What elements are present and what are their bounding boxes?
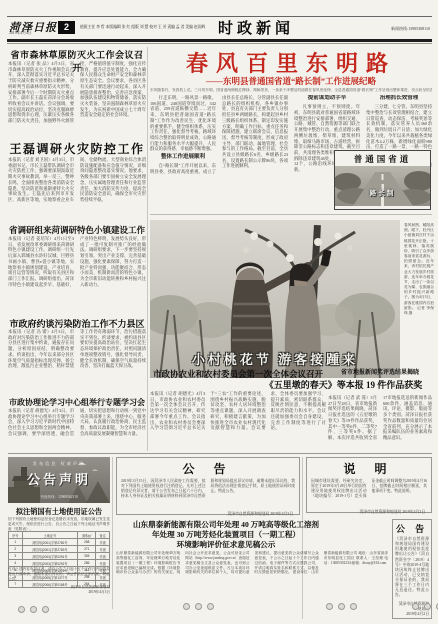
cell: 3 [9,553,23,560]
article-title-news-award: 《五里墩的春天》等本报 19 件作品获奖 [255,378,432,391]
cell: 作废 [96,539,110,546]
col-header: 序号 [9,532,23,539]
page-number-badge: 2 [58,21,75,34]
header-thick-rule [7,39,432,42]
col-header: 备注 [96,532,110,539]
award-kicker: 省市地报新闻奖评选结果揭晓 [328,367,432,376]
newspaper-page: 菏泽日报 2019年4月4日 2 值班主任 李 哲 本版编辑 张 红 组版 刘 … [0,0,438,624]
photo-caption-overlay: 小村桃花节 游客接踵来 [150,349,400,368]
section-title: 时政新闻 [196,17,316,38]
news-hotline: 新闻热线:13905308110 [322,26,430,32]
notice-title: 公 告 [393,520,431,536]
land-notice-signature: 菏泽市自然资源和规划局 2019年4月3日 [8,585,110,595]
lead-paragraph: 行走东明，一路风景一路歌。106国道、240国道穿境而过，342省道、259省道… [150,95,216,152]
cell: 菏国用(2001)字第2782号 [22,539,78,546]
table-row: 1菏国用(2001)字第2782号268作废 [9,539,110,546]
article-body: 本报讯（记者 胡德光）4月3日，市政协农业和农村委员会第一次全体会议召开，传达学… [150,391,326,452]
cell: 1 [9,539,23,546]
article-body: 本报讯（记者 张 品）4月3日，省市森林草原防灭火工作视频会议召开，深入贯彻落实… [8,61,146,136]
article-body: 本报讯（记者 冯 锴）4月3日，市政府对污染防治工作推进不力的部分县区进行集中约… [8,329,146,391]
cell: 菏国用(2003)字第0291号 [22,553,78,560]
cell: 菏国用(2003)字第0292号 [22,560,78,567]
banner-title: 公告声明 [8,469,110,488]
page-dots [326,603,357,610]
page-dots [183,603,214,610]
road-inset-title: 普通国省道 [335,151,430,166]
cell: 4 [9,560,23,567]
lead-intro-line: 东风随春归，发我枝上花。三月的东明，国省道两侧桃红柳绿、路畅景美，一条条干净整洁… [150,88,432,93]
cell: 268 [78,539,96,546]
page-dots [18,606,49,613]
lead-headline: 春风百里东明路 [150,47,432,78]
cell: 作废 [96,546,110,553]
article-body: 本报讯（记者 刘卫国）4月3日，市委副书记、市长王磊带队调研全市火灾防控工作，强… [8,157,146,219]
road-photo [335,166,430,206]
land-notice-title: 拟注销国有土地使用证公告 [8,507,110,517]
notice-signature: 菏泽市自然资源和规划局 2019年4月3日 [117,512,299,519]
article-title-cppcc-study: 市政协理论学习中心组举行专题学习会 [8,397,146,408]
banner-phone: 刊登热线：15969562110 [8,495,110,500]
article-body: 本报讯（记者 武 霈）3月27日至28日，省市地报新闻奖评选结果揭晓，菏泽日报社… [328,395,432,452]
bottom-section-rule [8,453,432,454]
article-body: 本报讯（记者 胡德光）4月3日，市政协理论学习中心组举行专题学习会，深入学习习近… [8,408,146,452]
sign-date: 2019年4月3日 [270,512,293,516]
explanation-body: 因城市建设需要，经研究决定，原定于2019年3月28日举行的国有建设用地使用权挂… [307,478,431,510]
table-header-row: 序号 土地证号 面积㎡ 备注 [9,532,110,539]
cell: 305 [78,553,96,560]
road-inset-label: 路长制 [335,188,430,197]
mid-rule [150,214,432,215]
table-row: 4菏国用(2003)字第0292号286作废 [9,560,110,567]
table-row: 2菏国用(2001)字第2783号271作废 [9,546,110,553]
page-dot [18,606,25,613]
page-dot [183,603,190,610]
explanation-box: 说 明 因城市建设需要，经研究决定，原定于2019年3月28日举行的国有建设用地… [306,457,432,513]
sign-date: 2019年4月2日 [402,510,425,514]
cell: 2 [9,546,23,553]
env-notice-title-line3: 环境影响评价征求意见稿公示 [113,539,339,550]
cell: 271 [78,546,96,553]
lead-subhead-3: 治理抓长效管理 [366,95,432,102]
left-column-divider [147,47,148,451]
lead-subhead-2: 提前谋划动手早 [294,95,360,102]
signer: 菏泽市自然资源和规划局 [228,512,270,516]
notice-box-mid: 公 告 2019年3月15日，因菏泽市人民政府工作需要，拟对下列国有土地使用权进… [116,457,300,515]
env-notice-body: 山东鼎泰新能源有限公司年处理40万吨高等级化工溶剂、年处理30万吨芳烃化装置项目… [116,551,388,599]
page-dot [338,603,345,610]
article-title-wanglei-research: 王磊调研火灾防控工作 [8,140,146,157]
banner-tagline: 发布信息 权威声明 [8,461,110,467]
page-dot [326,603,333,610]
cell: 286 [78,560,96,567]
page-dot [412,603,419,610]
explanation-title: 说 明 [307,458,431,478]
cell: 菏国用(2001)字第2783号 [22,546,78,553]
col-header: 土地证号 [22,532,78,539]
photo-side-caption: 春风和煦，暖阳高照。眼下，牡丹区小留镇刘庄村千亩桃园花开正艳，十里桃林、落英缤纷… [404,223,434,357]
editor-credits: 值班主任 李 哲 本版编辑 张 红 组版 刘 慧 校对 王 芳 责编 孟 君 美… [80,25,208,30]
notice-body: 2019年3月15日，因菏泽市人民政府工作需要，拟对下列国有土地使用权进行注销登… [117,478,299,512]
sign-date: 2019年4月3日 [8,590,110,595]
article-title-town-research: 省调研组来菏调研特色小镇建设工作 [8,224,146,236]
page-dot [207,603,214,610]
road-inset-box: 普通国省道 路长制 [334,150,431,210]
signer: 菏泽市自然资源和规划局 [360,510,402,514]
lead-subhead: ——东明县普通国省道“路长制”工作进展纪略 [150,75,432,87]
table-row: 3菏国用(2003)字第0291号305作废 [9,553,110,560]
land-notice-closing: 凡对上述内容有异议者，请自公告之日起十五个工作日内向我局提出书面申请，逾期未提出… [8,567,110,582]
cell: 作废 [96,560,110,567]
page-dot [350,603,357,610]
page-dot [42,606,49,613]
notice-title: 公 告 [117,458,299,478]
article-body: 本报讯（记者 姜培军）4月1日至3日，省发展改革委调研组来菏调研特色小镇建设工作… [8,236,146,310]
notice-body: 《菏泽市自然资源和规划局国有建设用地使用权拍卖挂牌出让公告》（菏自然资告字〔20… [393,536,431,602]
page-dots [412,603,438,610]
land-notice-intro: 因下列国有土地使用证经登记造册后未发放，宗地权属已发生变更或灭失，现依法进行公告… [8,517,110,532]
lead-subhead-1: 整体工作进展顺利 [150,154,216,161]
col-header: 面积㎡ [78,532,96,539]
announcement-banner: 发布信息 权威声明 公告声明 刊登热线：15969562110 [8,457,110,503]
page-dot [195,603,202,610]
sign-date: 2019年4月2日 [395,612,429,617]
header-thin-rule [7,43,432,44]
peach-festival-photo: 小村桃花节 游客接踵来 [150,220,400,378]
page-dot [424,603,431,610]
cell: 作废 [96,553,110,560]
explanation-signature: 菏泽市自然资源和规划局 2019年4月2日 [307,510,431,517]
page-dot [30,606,37,613]
